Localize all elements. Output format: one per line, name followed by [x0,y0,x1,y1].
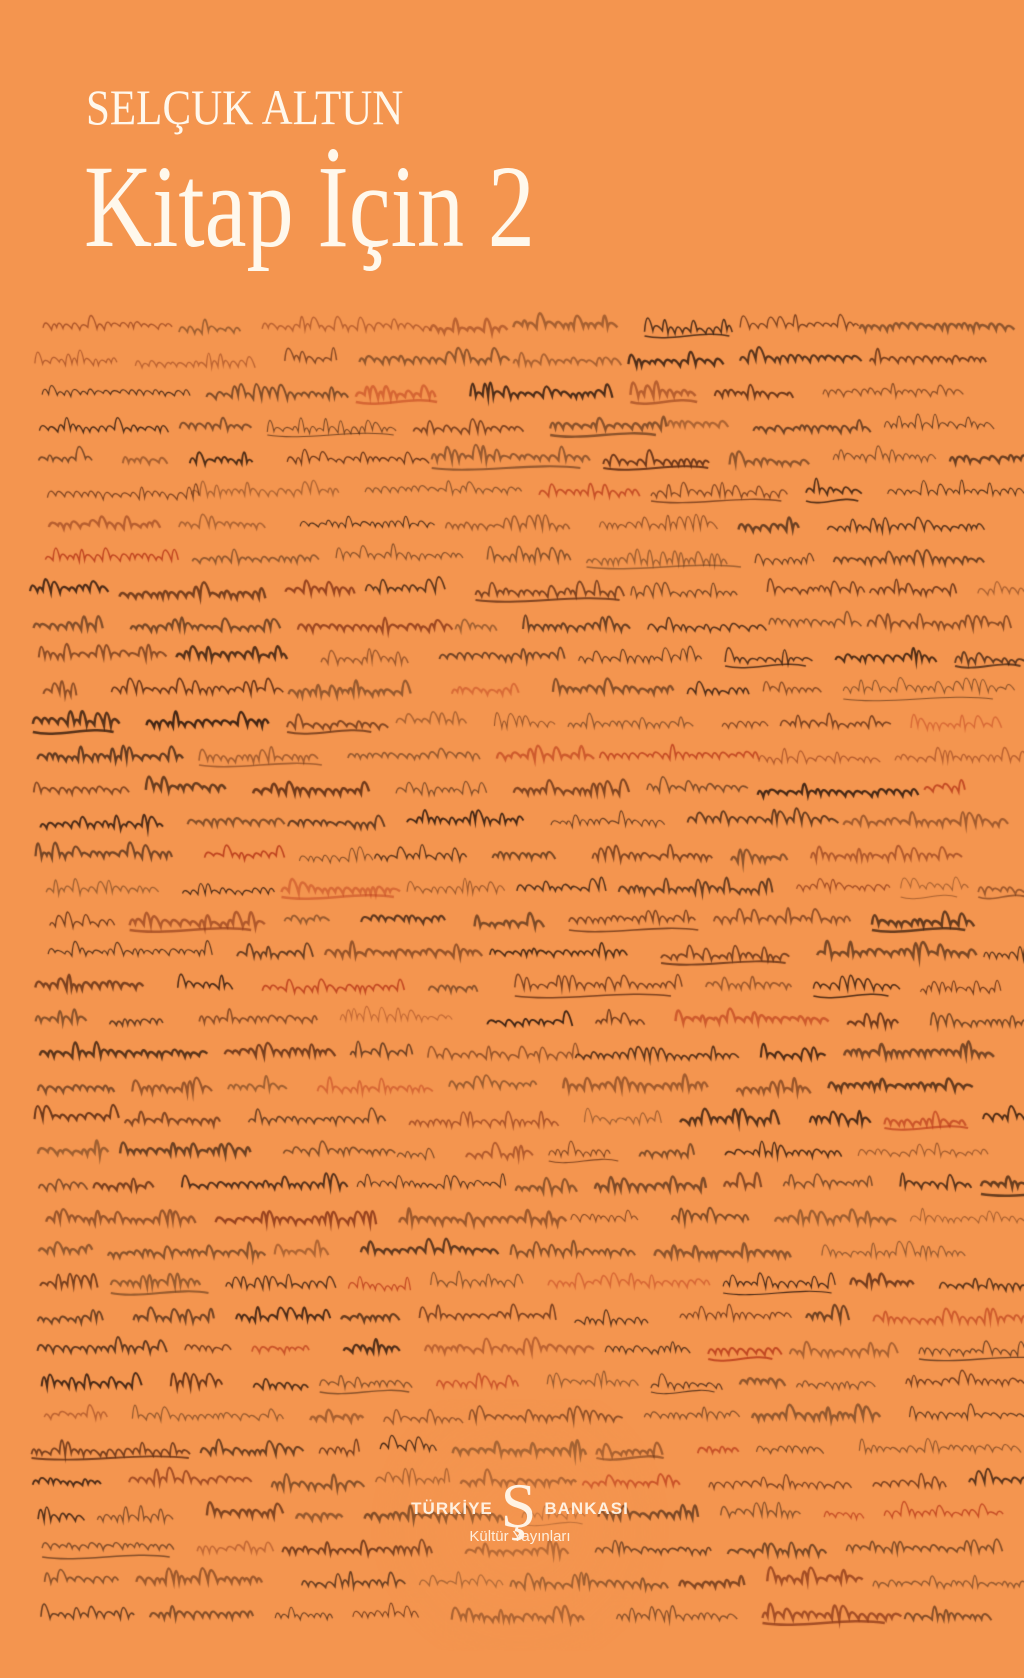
author-name: SELÇUK ALTUN [86,78,403,136]
book-title: Kitap İçin 2 [84,148,535,266]
book-cover: SELÇUK ALTUN Kitap İçin 2 TÜRKİYE Ş BANK… [0,0,1024,1678]
publisher-logo: TÜRKİYE Ş BANKASI Kültür Yayınları [370,1480,670,1545]
publisher-left-word: TÜRKİYE [411,1499,493,1519]
publisher-subtitle: Kültür Yayınları [370,1528,670,1545]
publisher-right-word: BANKASI [544,1499,628,1519]
